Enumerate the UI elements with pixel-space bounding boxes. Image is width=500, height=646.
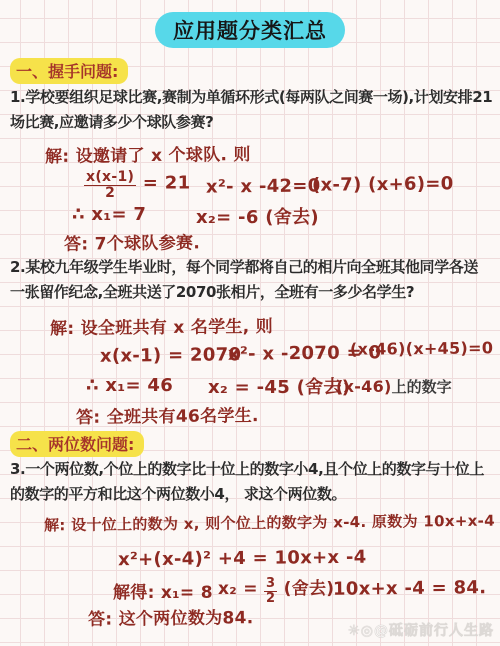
fraction-denominator: 2 [264, 592, 277, 606]
problem-2-line1: 2.某校九年级学生毕业时，每个同学都将自己的相片向全班其他同学各送 [10, 256, 478, 277]
solution-1-answer: 答: 7个球队参赛. [64, 228, 200, 254]
problem-2-line2: 一张留作纪念,全班共送了2070张相片，全班有一多少名学生? [10, 281, 414, 302]
solution-2-eq3: (x-46)(x+45)=0 [350, 338, 493, 358]
fraction-denominator: 2 [84, 186, 136, 201]
solution-3-answer: 答: 这个两位数为84. [88, 603, 254, 630]
watermark-text: 砥砺前行人生路 [389, 623, 494, 639]
problem-1-line1: 1.学校要组织足球比赛,赛制为单循环形式(每两队之间赛一场),计划安排21 [10, 86, 492, 107]
side-note-printed: 上的数字 [392, 378, 452, 396]
fraction-numerator: x(x-1) [84, 170, 136, 186]
solution-3-root2: x₂ = 3 2 (舍去) [218, 574, 334, 606]
solution-2-answer: 答: 全班共有46名学生. [76, 401, 259, 428]
solution-2-side-note: (x-46)上的数字 [336, 376, 452, 397]
solution-1-eq3: (x-7) (x+6)=0 [312, 173, 454, 195]
problem-3-line2: 的数字的平方和比这个两位数小4， 求这个两位数。 [10, 483, 346, 504]
solution-2-setup: 解: 设全班共有 x 名学生, 则 [50, 312, 273, 339]
section-heading-handshake: 一、握手问题: [10, 58, 128, 84]
problem-1-line2: 场比赛,应邀请多少个球队参赛? [10, 111, 213, 132]
fraction-rhs: = 21 [143, 173, 191, 194]
solution-3-setup: 解: 设十位上的数为 x, 则个位上的数字为 x-4. 原数为 10x+x-4 [44, 510, 495, 536]
root2-discard: (舍去) [284, 579, 335, 599]
solution-1-root1: ∴ x₁= 7 [72, 204, 146, 225]
solution-1-eq2: x²- x -42=0 [206, 175, 321, 197]
solution-3-final-eq: 10x+x -4 = 84. [333, 577, 487, 600]
notes-page: 应用题分类汇总 一、握手问题: 1.学校要组织足球比赛,赛制为单循环形式(每两队… [0, 0, 500, 646]
solution-3-eq1: x²+(x-4)² +4 = 10x+x -4 [118, 547, 367, 571]
solution-2-eq1: x(x-1) = 2070 [100, 344, 242, 366]
section-heading-two-digit: 二、两位数问题: [10, 431, 144, 457]
fraction-numerator: 3 [264, 577, 277, 592]
solution-1-setup: 解: 设邀请了 x 个球队. 则 [45, 140, 251, 167]
solution-3-solve-label: 解得: x₁= 8 [113, 578, 213, 603]
solution-1-fraction-equation: x(x-1) 2 = 21 [84, 170, 190, 200]
solution-1-root2: x₂= -6 (舍去) [196, 203, 319, 229]
root2-lhs: x₂ = [218, 579, 258, 599]
fraction: 3 2 [264, 577, 277, 605]
side-note-handwritten: (x-46) [336, 377, 392, 396]
fraction: x(x-1) 2 [84, 170, 136, 200]
watermark-at: @ [374, 623, 389, 639]
solution-2-root2: x₂ = -45 (舍去) [208, 373, 350, 399]
watermark-icon: ✳◎ [348, 623, 374, 639]
solution-2-root1: ∴ x₁= 46 [86, 375, 173, 396]
problem-3-line1: 3.一个两位数,个位上的数字比十位上的数字小4,且个位上的数字与十位上 [10, 458, 484, 479]
watermark: ✳◎@砥砺前行人生路 [348, 620, 494, 640]
page-title: 应用题分类汇总 [155, 12, 345, 48]
